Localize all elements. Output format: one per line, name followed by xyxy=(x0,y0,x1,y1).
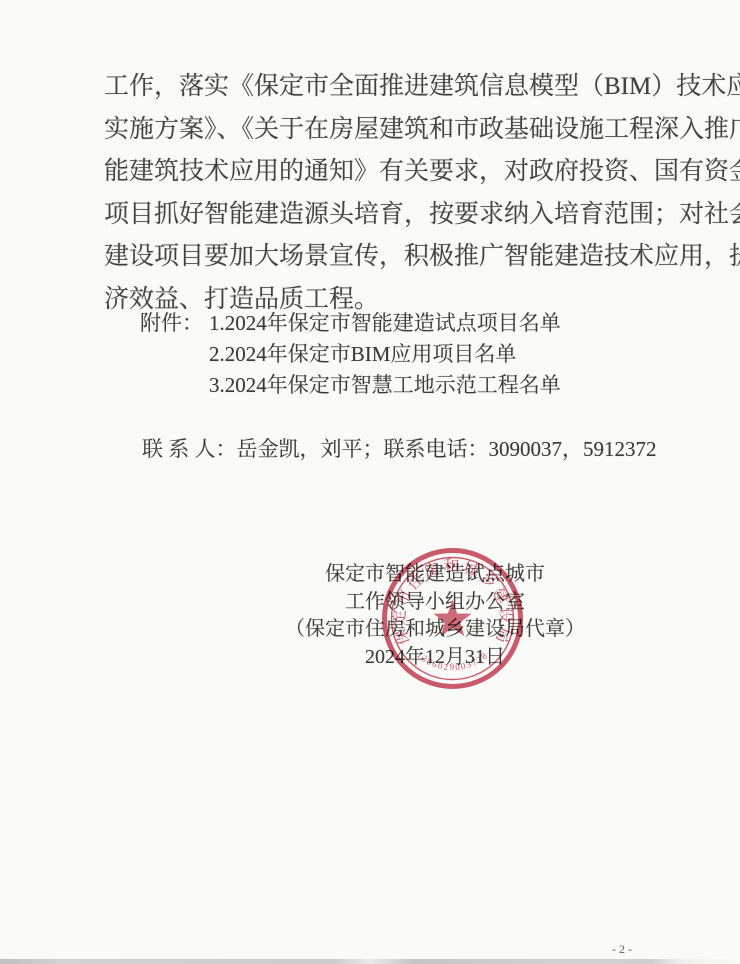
body-line: 工作，落实《保定市全面推进建筑信息模型（BIM）技术应用工作 xyxy=(104,66,638,109)
attachment-item: 2.2024年保定市BIM应用项目名单 xyxy=(209,339,561,370)
body-paragraph: 工作，落实《保定市全面推进建筑信息模型（BIM）技术应用工作 实施方案》、《关于… xyxy=(104,66,638,321)
attachments-label: 附件： xyxy=(140,308,203,339)
seal-serial-number: 1306029003728 xyxy=(415,650,490,672)
body-line: 实施方案》、《关于在房屋建筑和市政基础设施工程深入推广智 xyxy=(104,109,638,152)
document-page: 工作，落实《保定市全面推进建筑信息模型（BIM）技术应用工作 实施方案》、《关于… xyxy=(0,0,740,964)
official-seal-stamp-icon: 保定市住房和城乡建设局 1306029003728 xyxy=(380,546,525,691)
page-number: - 2 - xyxy=(594,942,650,957)
body-line: 建设项目要加大场景宣传，积极推广智能建造技术应用，提升经 xyxy=(104,236,638,279)
body-line: 能建筑技术应用的通知》有关要求，对政府投资、国有资金建设 xyxy=(104,151,638,194)
attachments-section: 附件： 1.2024年保定市智能建造试点项目名单 2.2024年保定市BIM应用… xyxy=(140,308,561,401)
scan-edge-strip xyxy=(0,959,740,964)
seal-star-icon xyxy=(434,600,472,636)
attachments-list: 1.2024年保定市智能建造试点项目名单 2.2024年保定市BIM应用项目名单… xyxy=(209,308,561,401)
body-line: 项目抓好智能建造源头培育，按要求纳入培育范围；对社会投资 xyxy=(104,194,638,237)
contact-line: 联 系 人：岳金凯，刘平；联系电话：3090037，5912372 xyxy=(142,434,657,465)
attachment-item: 3.2024年保定市智慧工地示范工程名单 xyxy=(209,370,561,401)
attachment-item: 1.2024年保定市智能建造试点项目名单 xyxy=(209,308,561,339)
